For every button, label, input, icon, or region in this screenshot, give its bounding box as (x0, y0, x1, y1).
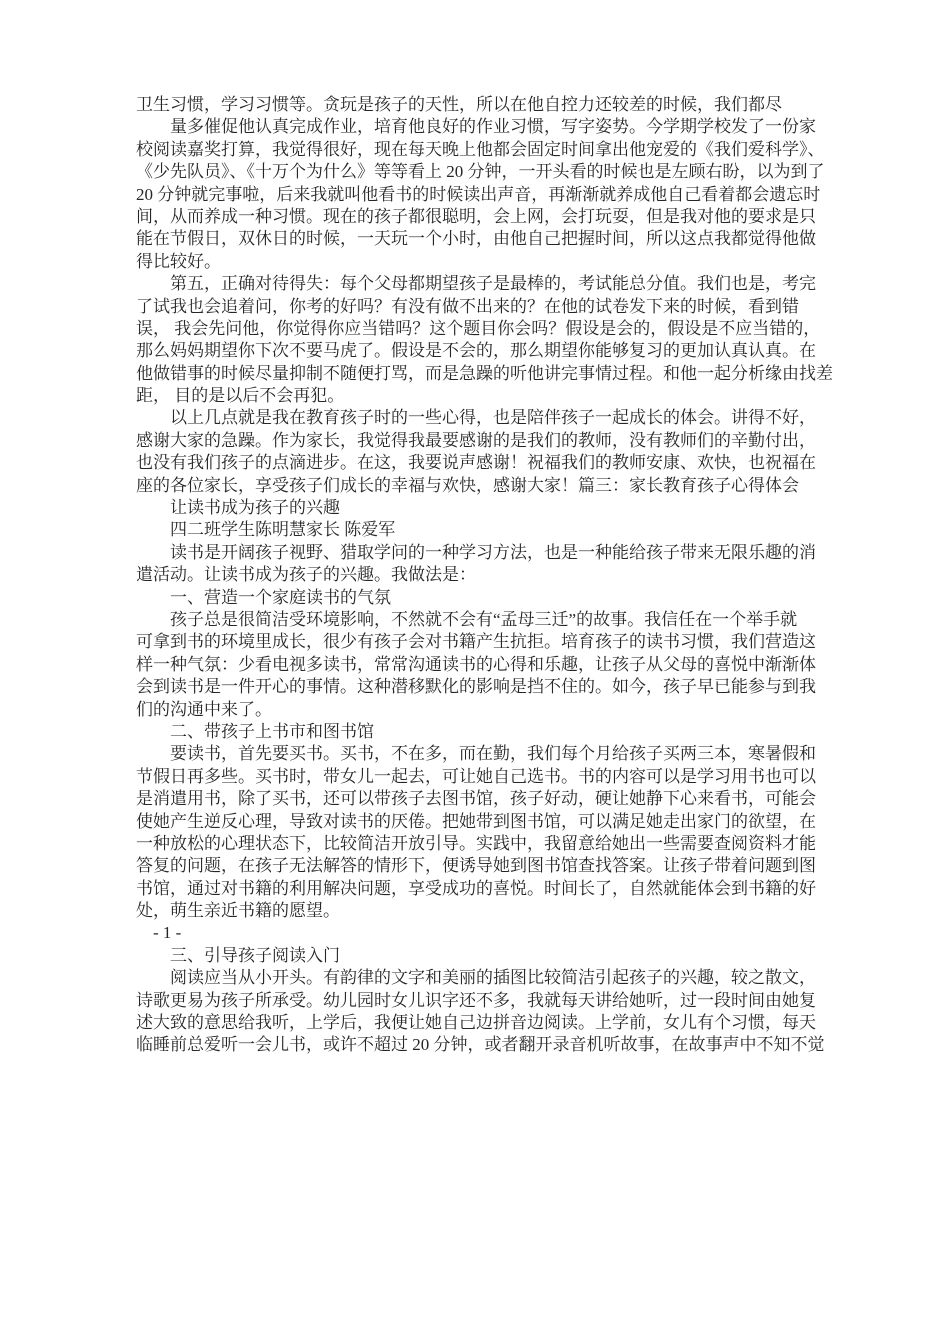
text-line: 得比较好。 (136, 251, 828, 273)
text-line: 卫生习惯，学习习惯等。贪玩是孩子的天性，所以在他自控力还较差的时候，我们都尽 (136, 94, 828, 116)
text-line: 座的各位家长，享受孩子们成长的幸福与欢快，感谢大家！篇三：家长教育孩子心得体会 (136, 475, 828, 497)
text-line: 孩子总是很简洁受环境影响，不然就不会有“孟母三迁”的故事。我信任在一个举手就 (136, 609, 828, 631)
text-line: 是消遣用书，除了买书，还可以带孩子去图书馆，孩子好动，硬让她静下心来看书，可能会 (136, 788, 828, 810)
text-line: 答复的问题，在孩子无法解答的情形下，便诱导她到图书馆查找答案。让孩子带着问题到图 (136, 855, 828, 877)
text-line: 遣活动。让读书成为孩子的兴趣。我做法是： (136, 564, 828, 586)
text-line: 量多催促他认真完成作业，培育他良好的作业习惯，写字姿势。今学期学校发了一份家 (136, 116, 828, 138)
text-line: 读书是开阔孩子视野、猎取学问的一种学习方法，也是一种能给孩子带来无限乐趣的消 (136, 542, 828, 564)
text-line: 们的沟通中来了。 (136, 699, 828, 721)
text-line: 第五，正确对待得失：每个父母都期望孩子是最棒的，考试能总分值。我们也是，考完 (136, 273, 828, 295)
text-line: 感谢大家的急躁。作为家长，我觉得我最要感谢的是我们的教师，没有教师们的辛勤付出， (136, 430, 828, 452)
text-line: 让读书成为孩子的兴趣 (136, 497, 828, 519)
text-line: 间，从而养成一种习惯。现在的孩子都很聪明，会上网，会打玩耍，但是我对他的要求是只 (136, 206, 828, 228)
document-body: 卫生习惯，学习习惯等。贪玩是孩子的天性，所以在他自控力还较差的时候，我们都尽 量… (136, 94, 828, 1057)
text-line: 也没有我们孩子的点滴进步。在这，我要说声感谢！祝福我们的教师安康、欢快，也祝福在 (136, 452, 828, 474)
document-page: 卫生习惯，学习习惯等。贪玩是孩子的天性，所以在他自控力还较差的时候，我们都尽 量… (0, 0, 950, 1344)
text-line: 节假日再多些。买书时，带女儿一起去，可让她自己选书。书的内容可以是学习用书也可以 (136, 766, 828, 788)
text-line: 三、引导孩子阅读入门 (136, 945, 828, 967)
text-line: 使她产生逆反心理，导致对读书的厌倦。把她带到图书馆，可以满足她走出家门的欲望，在 (136, 811, 828, 833)
text-line: 样一种气氛：少看电视多读书，常常沟通读书的心得和乐趣，让孩子从父母的喜悦中渐渐体 (136, 654, 828, 676)
text-line: 误， 我会先问他，你觉得你应当错吗？这个题目你会吗？假设是会的，假设是不应当错的… (136, 318, 828, 340)
text-line: 一、营造一个家庭读书的气氛 (136, 587, 828, 609)
text-line: 那么妈妈期望你下次不要马虎了。假设是不会的，那么期望你能够复习的更加认真认真。在 (136, 340, 828, 362)
text-line: 阅读应当从小开头。有韵律的文字和美丽的插图比较简洁引起孩子的兴趣，较之散文， (136, 967, 828, 989)
text-line: 述大致的意思给我听，上学后，我便让她自己边拼音边阅读。上学前，女儿有个习惯，每天 (136, 1012, 828, 1034)
text-line: - 1 - (136, 922, 828, 944)
text-line: 四二班学生陈明慧家长 陈爱军 (136, 519, 828, 541)
text-line: 他做错事的时候尽量抑制不随便打骂，而是急躁的听他讲完事情过程。和他一起分析缘由找… (136, 363, 828, 385)
text-line: 二、带孩子上书市和图书馆 (136, 721, 828, 743)
text-line: 20 分钟就完事啦，后来我就叫他看书的时候读出声音，再渐渐就养成他自己看着都会遗… (136, 184, 828, 206)
text-line: 可拿到书的环境里成长，很少有孩子会对书籍产生抗拒。培育孩子的读书习惯，我们营造这 (136, 631, 828, 653)
text-line: 临睡前总爱听一会儿书，或许不超过 20 分钟，或者翻开录音机听故事，在故事声中不… (136, 1034, 828, 1056)
text-line: 书馆，通过对书籍的利用解决问题，享受成功的喜悦。时间长了，自然就能体会到书籍的好 (136, 878, 828, 900)
text-line: 要读书，首先要买书。买书，不在多，而在勤，我们每个月给孩子买两三本，寒暑假和 (136, 743, 828, 765)
text-line: 距， 目的是以后不会再犯。 (136, 385, 828, 407)
text-line: 能在节假日，双休日的时候，一天玩一个小时，由他自己把握时间，所以这点我都觉得他做 (136, 228, 828, 250)
text-line: 会到读书是一件开心的事情。这种潜移默化的影响是挡不住的。如今，孩子早已能参与到我 (136, 676, 828, 698)
text-line: 以上几点就是我在教育孩子时的一些心得，也是陪伴孩子一起成长的体会。讲得不好， (136, 407, 828, 429)
text-line: 诗歌更易为孩子所承受。幼儿园时女儿识字还不多，我就每天讲给她听，过一段时间由她复 (136, 990, 828, 1012)
text-line: 校阅读嘉奖打算，我觉得很好，现在每天晚上他都会固定时间拿出他宠爱的《我们爱科学》… (136, 139, 828, 161)
text-line: 处，萌生亲近书籍的愿望。 (136, 900, 828, 922)
text-line: 《少先队员》、《十万个为什么》等等看上 20 分钟，一开头看的时候也是左顾右盼，… (136, 161, 828, 183)
text-line: 了试我也会追着问，你考的好吗？有没有做不出来的？在他的试卷发下来的时候，看到错 (136, 296, 828, 318)
text-line: 一种放松的心理状态下，比较简洁开放引导。实践中，我留意给她出一些需要查阅资料才能 (136, 833, 828, 855)
